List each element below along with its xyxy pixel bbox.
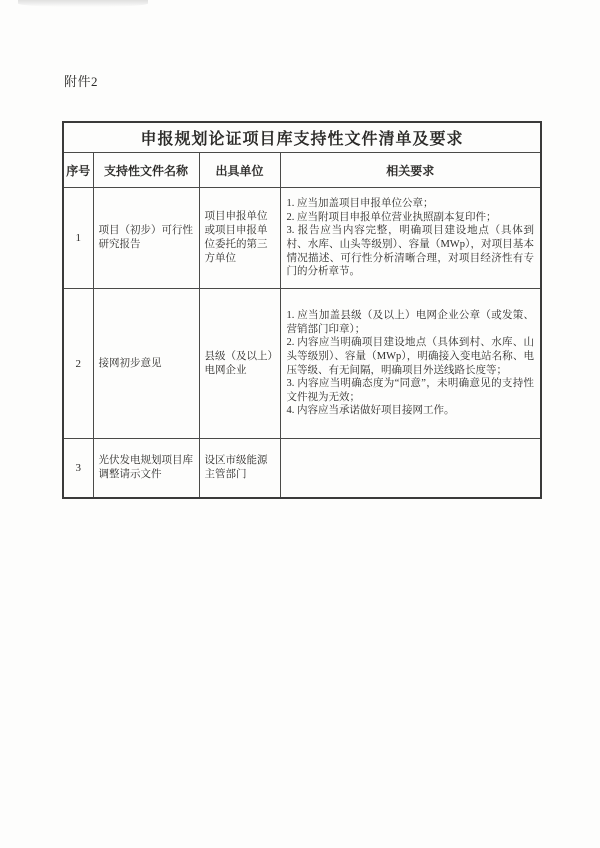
requirements-cell xyxy=(280,439,541,498)
requirement-item: 1. 应当加盖项目申报单位公章； xyxy=(287,197,535,211)
column-header-issuing-unit: 出具单位 xyxy=(199,153,280,188)
attachment-label: 附件2 xyxy=(64,71,98,90)
issuing-unit: 设区市级能源主管部门 xyxy=(199,439,280,498)
requirements-cell: 1. 应当加盖县级（及以上）电网企业公章（或发策、营销部门印章）； 2. 内容应… xyxy=(280,289,541,439)
requirement-item: 3. 内容应当明确态度为“同意”，未明确意见的支持性文件视为无效； xyxy=(287,377,535,404)
table-row: 3 光伏发电规划项目库调整请示文件 设区市级能源主管部门 xyxy=(63,439,541,498)
requirement-item: 1. 应当加盖县级（及以上）电网企业公章（或发策、营销部门印章）； xyxy=(287,309,535,336)
issuing-unit: 项目申报单位或项目申报单位委托的第三方单位 xyxy=(199,188,280,289)
table-title: 申报规划论证项目库支持性文件清单及要求 xyxy=(63,122,541,153)
document-page: 附件2 申报规划论证项目库支持性文件清单及要求 序号 支持性文件名称 出具单位 … xyxy=(0,0,600,848)
requirements-cell: 1. 应当加盖项目申报单位公章； 2. 应当附项目申报单位营业执照副本复印件； … xyxy=(280,188,541,289)
document-name: 项目（初步）可行性研究报告 xyxy=(93,188,199,289)
scan-artifact xyxy=(18,0,148,7)
table-title-row: 申报规划论证项目库支持性文件清单及要求 xyxy=(63,122,541,153)
supporting-documents-table: 申报规划论证项目库支持性文件清单及要求 序号 支持性文件名称 出具单位 相关要求… xyxy=(62,121,542,499)
table-row: 2 接网初步意见 县级（及以上）电网企业 1. 应当加盖县级（及以上）电网企业公… xyxy=(63,289,541,439)
column-header-document-name: 支持性文件名称 xyxy=(93,153,199,188)
column-header-number: 序号 xyxy=(63,153,93,188)
table-row: 1 项目（初步）可行性研究报告 项目申报单位或项目申报单位委托的第三方单位 1.… xyxy=(63,188,541,289)
column-header-requirements: 相关要求 xyxy=(280,153,541,188)
requirement-item: 4. 内容应当承诺做好项目接网工作。 xyxy=(287,404,535,418)
row-number: 2 xyxy=(63,289,93,439)
requirement-item: 2. 内容应当明确项目建设地点（具体到村、水库、山头等级别）、容量（MWp），明… xyxy=(287,336,535,377)
issuing-unit: 县级（及以上）电网企业 xyxy=(199,289,280,439)
document-name: 光伏发电规划项目库调整请示文件 xyxy=(93,439,199,498)
row-number: 3 xyxy=(63,439,93,498)
requirement-item: 2. 应当附项目申报单位营业执照副本复印件； xyxy=(287,211,535,225)
requirement-item: 3. 报告应当内容完整，明确项目建设地点（具体到村、水库、山头等级别）、容量（M… xyxy=(287,224,535,278)
row-number: 1 xyxy=(63,188,93,289)
document-name: 接网初步意见 xyxy=(93,289,199,439)
table-header-row: 序号 支持性文件名称 出具单位 相关要求 xyxy=(63,153,541,188)
